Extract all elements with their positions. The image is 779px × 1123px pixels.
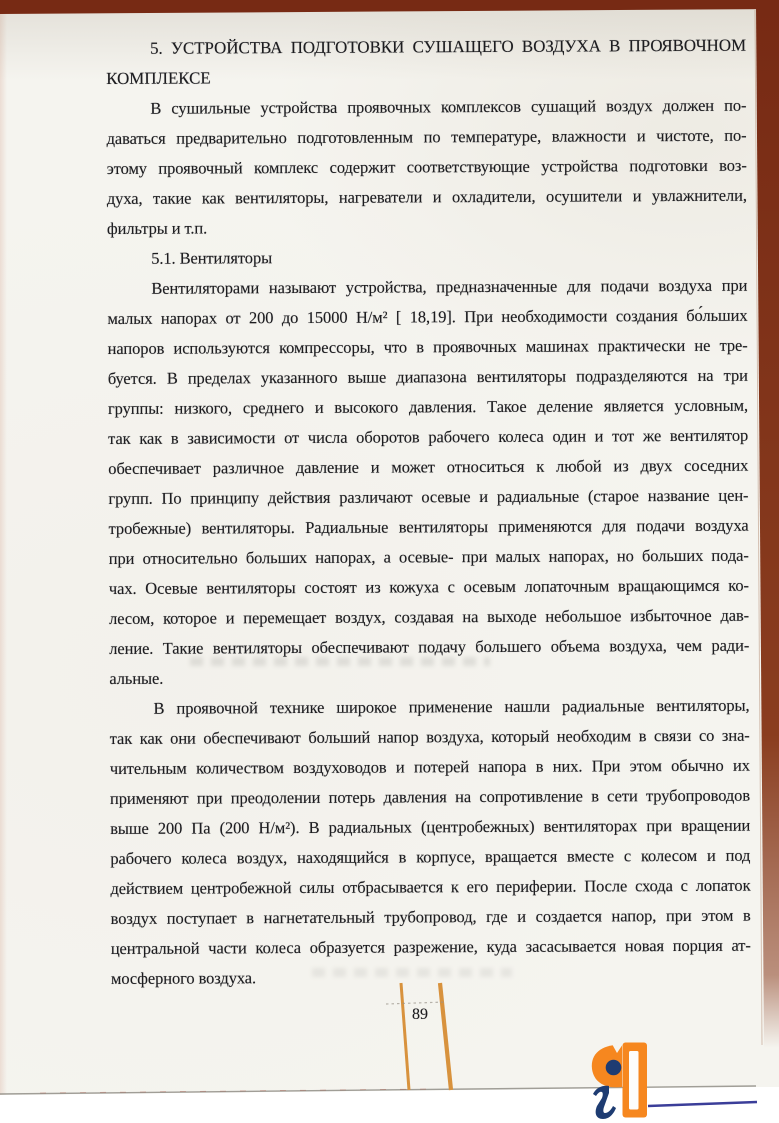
paragraph-line: В проявочной технике широкое применение …: [109, 691, 749, 724]
paragraph-line: выше 200 Па (200 Н/м²). В радиальных (це…: [110, 811, 750, 844]
scanned-document-page: 5. УСТРОЙСТВА ПОДГОТОВКИ СУШАЩЕГО ВОЗДУХ…: [0, 0, 779, 1123]
page-number: 89: [400, 1006, 440, 1024]
paragraph-line: ление. Такие вентиляторы обеспечивают по…: [109, 631, 749, 664]
paragraph-line: мосферного воздуха.: [111, 961, 751, 994]
paragraph-line: В сушильные устройства проявочных компле…: [106, 91, 746, 124]
paragraph-line: так как в зависимости от числа оборотов …: [108, 421, 748, 454]
document-text: 5. УСТРОЙСТВА ПОДГОТОВКИ СУШАЩЕГО ВОЗДУХ…: [106, 31, 751, 994]
paragraph-line: Вентиляторами называют устройства, предн…: [107, 271, 747, 304]
paragraph-line: чительным количеством воздуховодов и пот…: [110, 751, 750, 784]
paragraph-line: рабочего колеса воздух, находящийся в ко…: [110, 841, 750, 874]
paragraph-line: обеспечивает различное давление и может …: [108, 451, 748, 484]
paragraph-line: даваться предварительно подготовленным п…: [106, 121, 746, 154]
paragraph-line: центральной части колеса образуется разр…: [111, 931, 751, 964]
paragraph-line: воздух поступает в нагнетательный трубоп…: [111, 901, 751, 934]
paragraph-line: этому проявочный комплекс содержит соотв…: [107, 151, 747, 184]
subheading-line: 5.1. Вентиляторы: [107, 241, 747, 274]
paragraph-line: духа, такие как вентиляторы, нагреватели…: [107, 181, 747, 214]
paragraph-line: так как они обеспечивают больший напор в…: [110, 721, 750, 754]
paragraph-line: чах. Осевые вентиляторы состоят из кожух…: [109, 571, 749, 604]
heading-line: 5. УСТРОЙСТВА ПОДГОТОВКИ СУШАЩЕГО ВОЗДУХ…: [106, 31, 746, 64]
paragraph-line: лесом, которое и перемещает воздух, созд…: [109, 601, 749, 634]
paragraph-line: групп. По принципу действия различают ос…: [108, 481, 748, 514]
paragraph-line: действием центробежной силы отбрасываетс…: [110, 871, 750, 904]
paragraph-line: применяют при преодолении потерь давлени…: [110, 781, 750, 814]
heading-line: КОМПЛЕКСЕ: [106, 61, 746, 94]
paragraph-line: буется. В пределах указанного выше диапа…: [108, 361, 748, 394]
paragraph-line: фильтры и т.п.: [107, 211, 747, 244]
paragraph-line: малых напорах от 200 до 15000 Н/м² [ 18,…: [107, 301, 747, 334]
paragraph-line: при относительно больших напорах, а осев…: [109, 541, 749, 574]
paragraph-line: группы: низкого, среднего и высокого дав…: [108, 391, 748, 424]
paragraph-line: тробежные) вентиляторы. Радиальные венти…: [109, 511, 749, 544]
paragraph-line: альные.: [109, 661, 749, 694]
paragraph-line: напоров используются компрессоры, что в …: [108, 331, 748, 364]
